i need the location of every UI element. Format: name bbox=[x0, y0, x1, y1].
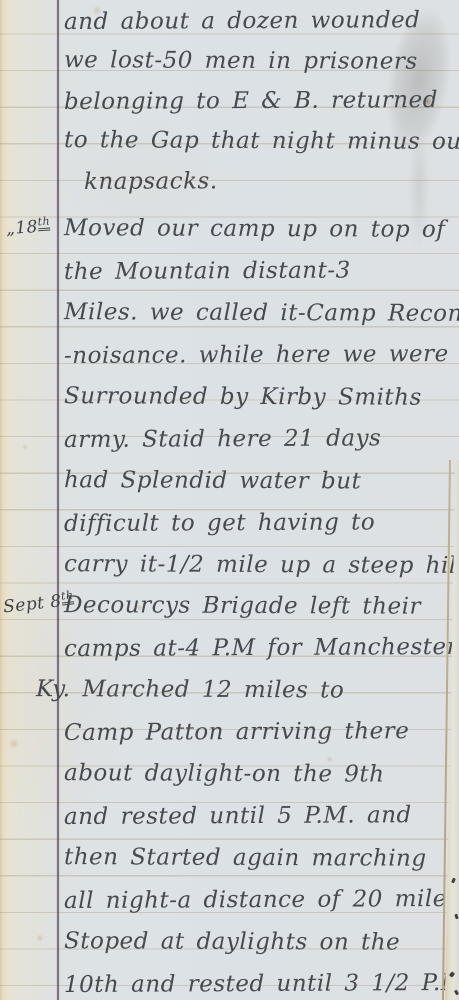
handwritten-line: Surrounded by Kirby Smiths bbox=[64, 376, 459, 420]
handwritten-line: and rested until 5 P.M. and bbox=[64, 795, 459, 839]
handwritten-line: about daylight-on the 9th bbox=[64, 753, 459, 797]
entry-continuation: and about a dozen wounded we lost-50 men… bbox=[0, 2, 459, 202]
handwritten-line: the Mountain distant-3 bbox=[64, 250, 459, 294]
handwritten-line: army. Staid here 21 days bbox=[64, 418, 459, 462]
diary-page: and about a dozen wounded we lost-50 men… bbox=[0, 0, 459, 1000]
entry-date-ordinal: th bbox=[37, 214, 51, 231]
handwritten-line: Miles. we called it-Camp Recon- bbox=[64, 292, 459, 336]
entry-sept-8th: Sept 8th Decourcys Brigade left their ca… bbox=[0, 586, 459, 1000]
handwritten-line: all night-a distance of 20 miles bbox=[64, 879, 459, 923]
handwritten-line: Camp Patton arriving there bbox=[64, 711, 459, 755]
entry-date-text: „18 bbox=[5, 217, 38, 239]
handwritten-line: Decourcys Brigade left their bbox=[64, 585, 459, 629]
handwritten-line: Ky. Marched 12 miles to bbox=[36, 669, 459, 713]
entry-18th: „18th Moved our camp up on top of the Mo… bbox=[0, 209, 459, 587]
handwritten-line: Moved our camp up on top of bbox=[64, 208, 459, 252]
handwritten-line: to the Gap that night minus our bbox=[64, 121, 459, 163]
handwritten-line: Stoped at daylights on the bbox=[64, 921, 459, 965]
entry-date-text: Sept 8 bbox=[2, 591, 62, 617]
handwritten-line: had Splendid water but bbox=[64, 460, 459, 504]
handwritten-line: we lost-50 men in prisoners bbox=[64, 41, 459, 83]
handwritten-line: and about a dozen wounded bbox=[64, 1, 459, 43]
handwritten-line: carry it-1/2 mile up a steep hill bbox=[64, 544, 459, 588]
handwritten-line: belonging to E & B. returned bbox=[64, 81, 459, 123]
handwritten-line: camps at-4 P.M for Manchester bbox=[64, 627, 459, 671]
handwritten-line: difficult to get having to bbox=[64, 502, 459, 546]
handwritten-line: -noisance. while here we were bbox=[64, 334, 459, 378]
handwritten-line: knapsacks. bbox=[84, 161, 459, 203]
handwritten-line: then Started again marching bbox=[64, 837, 459, 881]
handwritten-line: 10th and rested until 3 1/2 P.M. bbox=[64, 963, 459, 1000]
entry-date-label: „18th bbox=[5, 215, 51, 239]
